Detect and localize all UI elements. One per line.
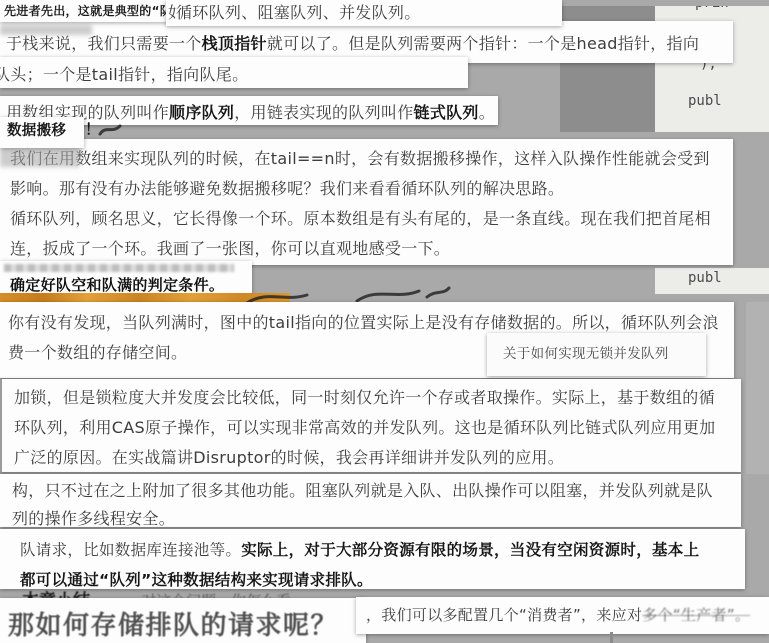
consumer-note: ，我们可以多配置几个“消费者”，来应对多个“生产者”。 xyxy=(356,597,769,634)
dark-background-block xyxy=(560,0,656,132)
paragraph-line: 循环队列，顾名思义，它长得像一个环。原本数组是有头有尾的，是一条直线。现在我们把… xyxy=(10,204,733,234)
code-fragment-public-1: publ xyxy=(688,93,722,109)
clipped-glyph: 如 xyxy=(168,3,176,23)
text-run: ，用链表实现的队列叫作 xyxy=(234,103,413,122)
text-run: ，我们可以多配置几个“消费者”，来应对 xyxy=(366,606,642,624)
code-panel-top: prin ); publ xyxy=(655,0,769,132)
paragraph-line: 构，只不过在之上附加了很多其他功能。阻塞队列就是入队、出队操作可以阻塞，并发队列… xyxy=(12,477,741,505)
right-gray-strip xyxy=(746,302,769,474)
code-panel-mid: publ xyxy=(655,268,769,294)
array-impl-paragraph: 我们在用数组来实现队列的时候，在tail==n时，会有数据搬移操作，这样入队操作… xyxy=(0,139,733,265)
text-smudge xyxy=(0,147,80,167)
text-run: 于栈来说，我们只需要一个 xyxy=(6,34,202,53)
bottom-vertical-line xyxy=(610,632,613,643)
queue-types-caption: 如循环队列、阻塞队列、并发队列。 xyxy=(166,0,562,26)
condition-title: 确定好队空和队满的判定条件。 xyxy=(10,276,224,294)
screenshot-canvas: prin ); publ publ 我们在用数组来实现队列的时候，在tail==… xyxy=(0,0,769,643)
lockfree-note: 关于如何实现无锁并发队列 xyxy=(487,333,706,376)
top-edge-strip xyxy=(560,0,769,6)
bold-run-linked-queue: 链式队列 xyxy=(414,103,479,122)
caption-text: 如循环队列、阻塞队列、并发队列。 xyxy=(168,3,562,23)
sentence-line: 于栈来说，我们只需要一个栈顶指针就可以了。但是队列需要两个指针：一个是head指… xyxy=(6,29,733,59)
paragraph-line: 队请求，比如数据库连接池等。实际上，对于大部分资源有限的场景，当没有空闲资源时，… xyxy=(20,535,745,565)
paragraph-line: 加锁，但是锁粒度大并发度会比较低，同一时刻仅允许一个存或者取操作。实际上，基于数… xyxy=(14,383,741,413)
text-run: 队请求，比如数据库连接池等。 xyxy=(20,541,241,559)
handwriting-mark-small xyxy=(98,122,122,138)
paragraph-line: 影响。那有没有办法能够避免数据搬移呢？我们来看看循环队列的解决思路。 xyxy=(10,174,733,204)
text-smudge xyxy=(0,25,92,35)
paragraph-line: 我们在用数组来实现队列的时候，在tail==n时，会有数据搬移操作，这样入队操作… xyxy=(10,144,733,174)
data-move-label: 数据搬移 xyxy=(0,117,84,148)
paragraph-line: 广泛的原因。在实战篇讲Disruptor的时候，我会再详细讲并发队列的应用。 xyxy=(14,443,741,473)
concurrent-queue-paragraph: 加锁，但是锁粒度大并发度会比较低，同一时刻仅允许一个存或者取操作。实际上，基于数… xyxy=(0,379,741,472)
question-box: 那如何存储排队的请求呢？ xyxy=(0,598,366,643)
stack-pointer-line2: 队头；一个是tail指针，指向队尾。 xyxy=(0,57,468,88)
note-line: ，我们可以多配置几个“消费者”，来应对多个“生产者”。 xyxy=(366,606,769,624)
text-run: 循环队列、阻塞队列、并发队列。 xyxy=(176,3,421,22)
text-run: 。 xyxy=(479,103,495,122)
bold-run-stack-top-pointer: 栈顶指针 xyxy=(202,34,267,53)
bold-run-sequential-queue: 顺序队列 xyxy=(169,103,234,122)
code-fragment-public-2: publ xyxy=(688,270,722,286)
paragraph-line: 环队列，利用CAS原子操作，可以实现非常高效的并发队列。这也是循环队列比链式队列… xyxy=(14,413,741,443)
garbled-clipped-line xyxy=(4,264,234,272)
bold-run-limited-resources: 实际上，对于大部分资源有限的场景，当没有空闲资源时，基本上 xyxy=(241,541,699,559)
sentence-line: 队头；一个是tail指针，指向队尾。 xyxy=(0,60,468,88)
blocking-queue-paragraph: 构，只不过在之上附加了很多其他功能。阻塞队列就是入队、出队操作可以阻塞，并发队列… xyxy=(0,474,741,527)
text-run: 就可以了。但是队列需要两个指针：一个是head指针，指向 xyxy=(267,34,699,53)
note-text: 关于如何实现无锁并发队列 xyxy=(503,346,669,362)
watermarked-text-run: 多个“生产者”。 xyxy=(642,606,750,624)
question-text: 那如何存储排队的请求呢？ xyxy=(8,605,366,642)
request-queue-paragraph: 队请求，比如数据库连接池等。实际上，对于大部分资源有限的场景，当没有空闲资源时，… xyxy=(0,529,745,589)
label-text: 数据搬移 xyxy=(7,123,84,139)
paragraph-line: 连，扳成了一个环。我画了一张图，你可以直观地感受一下。 xyxy=(10,234,733,264)
